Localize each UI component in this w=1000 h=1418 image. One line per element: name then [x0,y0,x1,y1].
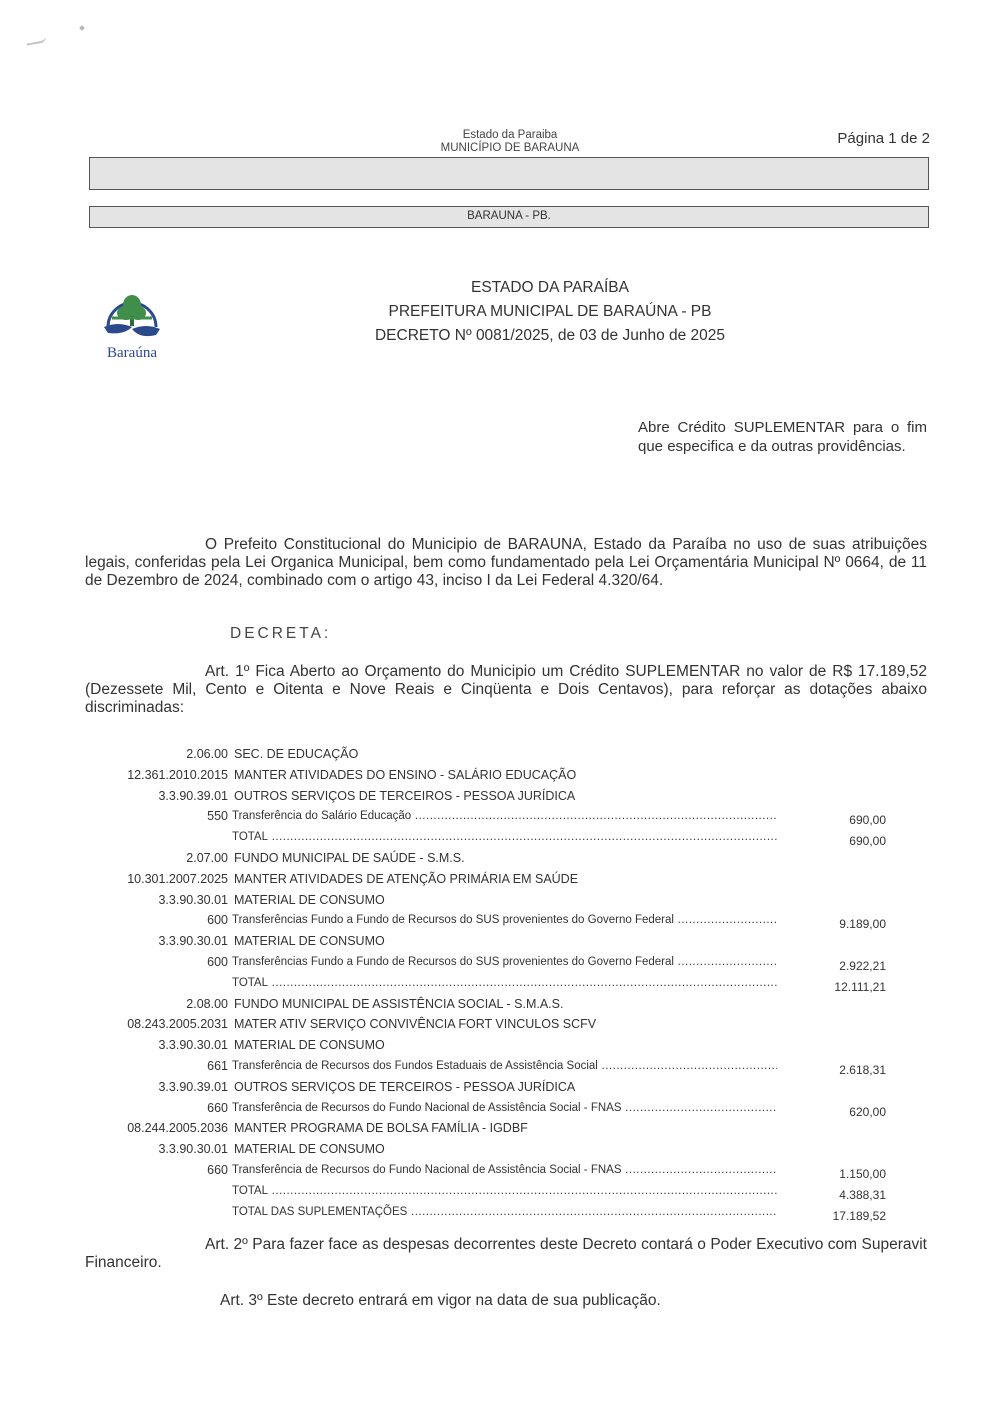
budget-description: FUNDO MUNICIPAL DE ASSISTÊNCIA SOCIAL - … [234,994,563,1015]
article-1: Art. 1º Fica Aberto ao Orçamento do Muni… [85,663,927,717]
budget-description: MATERIAL DE CONSUMO [234,1139,385,1160]
budget-heading-row: 2.06.00SEC. DE EDUCAÇÃO [90,744,900,765]
item-description: Transferência de Recursos dos Fundos Est… [232,1056,777,1077]
budget-description: MATERIAL DE CONSUMO [234,1035,385,1056]
budget-description: MANTER PROGRAMA DE BOLSA FAMÍLIA - IGDBF [234,1118,528,1139]
header-municipality: MUNICÍPIO DE BARAUNA [380,142,640,155]
decreta-heading: DECRETA: [230,625,331,643]
budget-description: FUNDO MUNICIPAL DE SAÚDE - S.M.S. [234,848,465,869]
page-indicator: Página 1 de 2 [837,130,930,147]
budget-heading-row: 3.3.90.30.01MATERIAL DE CONSUMO [90,931,900,952]
scan-artifact [79,25,85,31]
budget-item-row: TOTAL690,00 [90,827,900,848]
budget-item-row: TOTAL4.388,31 [90,1181,900,1202]
source-code: 660 [207,1098,228,1119]
budget-description: MANTER ATIVIDADES DE ATENÇÃO PRIMÁRIA EM… [234,869,578,890]
source-code: 660 [207,1160,228,1181]
budget-code: 3.3.90.39.01 [158,786,228,807]
budget-heading-row: 3.3.90.30.01MATERIAL DE CONSUMO [90,1139,900,1160]
article-2: Art. 2º Para fazer face as despesas deco… [85,1236,927,1272]
item-description: TOTAL [232,1181,777,1202]
title-state: ESTADO DA PARAÍBA [330,276,770,300]
budget-code: 08.244.2005.2036 [127,1118,228,1139]
budget-code: 3.3.90.30.01 [158,890,228,911]
budget-item-row: 661Transferência de Recursos dos Fundos … [90,1056,900,1077]
scan-artifact [25,34,46,45]
budget-description: SEC. DE EDUCAÇÃO [234,744,358,765]
budget-description: MATERIAL DE CONSUMO [234,931,385,952]
budget-heading-row: 3.3.90.30.01MATERIAL DE CONSUMO [90,1035,900,1056]
budget-heading-row: 08.243.2005.2031MATER ATIV SERVIÇO CONVI… [90,1014,900,1035]
item-description: Transferência de Recursos do Fundo Nacio… [232,1098,777,1119]
budget-item-row: TOTAL12.111,21 [90,973,900,994]
budget-heading-row: 10.301.2007.2025MANTER ATIVIDADES DE ATE… [90,869,900,890]
budget-code: 2.08.00 [186,994,228,1015]
item-description: Transferências Fundo a Fundo de Recursos… [232,952,777,973]
municipal-logo: Baraúna [94,283,170,361]
source-code: 600 [207,910,228,931]
preamble-paragraph: O Prefeito Constitucional do Municipio d… [85,536,927,590]
header-state: Estado da Paraiba [380,129,640,142]
budget-code: 2.06.00 [186,744,228,765]
source-code: 550 [207,806,228,827]
budget-description: MATERIAL DE CONSUMO [234,890,385,911]
budget-item-row: 660Transferência de Recursos do Fundo Na… [90,1160,900,1181]
budget-heading-row: 12.361.2010.2015MANTER ATIVIDADES DO ENS… [90,765,900,786]
item-description: TOTAL [232,973,777,994]
budget-heading-row: 2.08.00FUNDO MUNICIPAL DE ASSISTÊNCIA SO… [90,994,900,1015]
article-3: Art. 3º Este decreto entrará em vigor na… [220,1292,920,1310]
budget-heading-row: 08.244.2005.2036MANTER PROGRAMA DE BOLSA… [90,1118,900,1139]
budget-item-row: 660Transferência de Recursos do Fundo Na… [90,1098,900,1119]
decree-titles: ESTADO DA PARAÍBA PREFEITURA MUNICIPAL D… [330,276,770,348]
budget-heading-row: 2.07.00FUNDO MUNICIPAL DE SAÚDE - S.M.S. [90,848,900,869]
item-description: TOTAL DAS SUPLEMENTAÇÕES [232,1202,777,1223]
title-decree-number: DECRETO Nº 0081/2025, de 03 de Junho de … [330,324,770,348]
location-band: BARAUNA - PB. [89,206,929,228]
budget-item-row: 550Transferência do Salário Educação690,… [90,806,900,827]
header-band [89,157,929,190]
budget-code: 3.3.90.30.01 [158,1035,228,1056]
budget-item-row: 600Transferências Fundo a Fundo de Recur… [90,952,900,973]
budget-heading-row: 3.3.90.39.01OUTROS SERVIÇOS DE TERCEIROS… [90,1077,900,1098]
budget-heading-row: 3.3.90.30.01MATERIAL DE CONSUMO [90,890,900,911]
source-code: 600 [207,952,228,973]
budget-code: 12.361.2010.2015 [127,765,228,786]
budget-heading-row: 3.3.90.39.01OUTROS SERVIÇOS DE TERCEIROS… [90,786,900,807]
item-description: Transferências Fundo a Fundo de Recursos… [232,910,777,931]
budget-description: OUTROS SERVIÇOS DE TERCEIROS - PESSOA JU… [234,786,575,807]
item-description: TOTAL [232,827,777,848]
budget-description: OUTROS SERVIÇOS DE TERCEIROS - PESSOA JU… [234,1077,575,1098]
budget-code: 3.3.90.39.01 [158,1077,228,1098]
item-description: Transferência de Recursos do Fundo Nacio… [232,1160,777,1181]
source-code: 661 [207,1056,228,1077]
decree-summary: Abre Crédito SUPLEMENTAR para o fim que … [638,418,927,456]
budget-code: 3.3.90.30.01 [158,931,228,952]
title-prefecture: PREFEITURA MUNICIPAL DE BARAÚNA - PB [330,300,770,324]
budget-description: MATER ATIV SERVIÇO CONVIVÊNCIA FORT VINC… [234,1014,596,1035]
budget-code: 3.3.90.30.01 [158,1139,228,1160]
budget-code: 08.243.2005.2031 [127,1014,228,1035]
budget-code: 10.301.2007.2025 [127,869,228,890]
svg-text:Baraúna: Baraúna [107,345,157,361]
budget-description: MANTER ATIVIDADES DO ENSINO - SALÁRIO ED… [234,765,576,786]
tree-hands-emblem-icon: Baraúna [94,283,170,361]
budget-item-row: TOTAL DAS SUPLEMENTAÇÕES17.189,52 [90,1202,900,1223]
item-amount: 17.189,52 [833,1206,886,1227]
item-description: Transferência do Salário Educação [232,806,777,827]
document-header: Estado da Paraiba MUNICÍPIO DE BARAUNA [380,129,640,155]
budget-allocation-table: 2.06.00SEC. DE EDUCAÇÃO12.361.2010.2015M… [90,744,900,1222]
budget-item-row: 600Transferências Fundo a Fundo de Recur… [90,910,900,931]
budget-code: 2.07.00 [186,848,228,869]
